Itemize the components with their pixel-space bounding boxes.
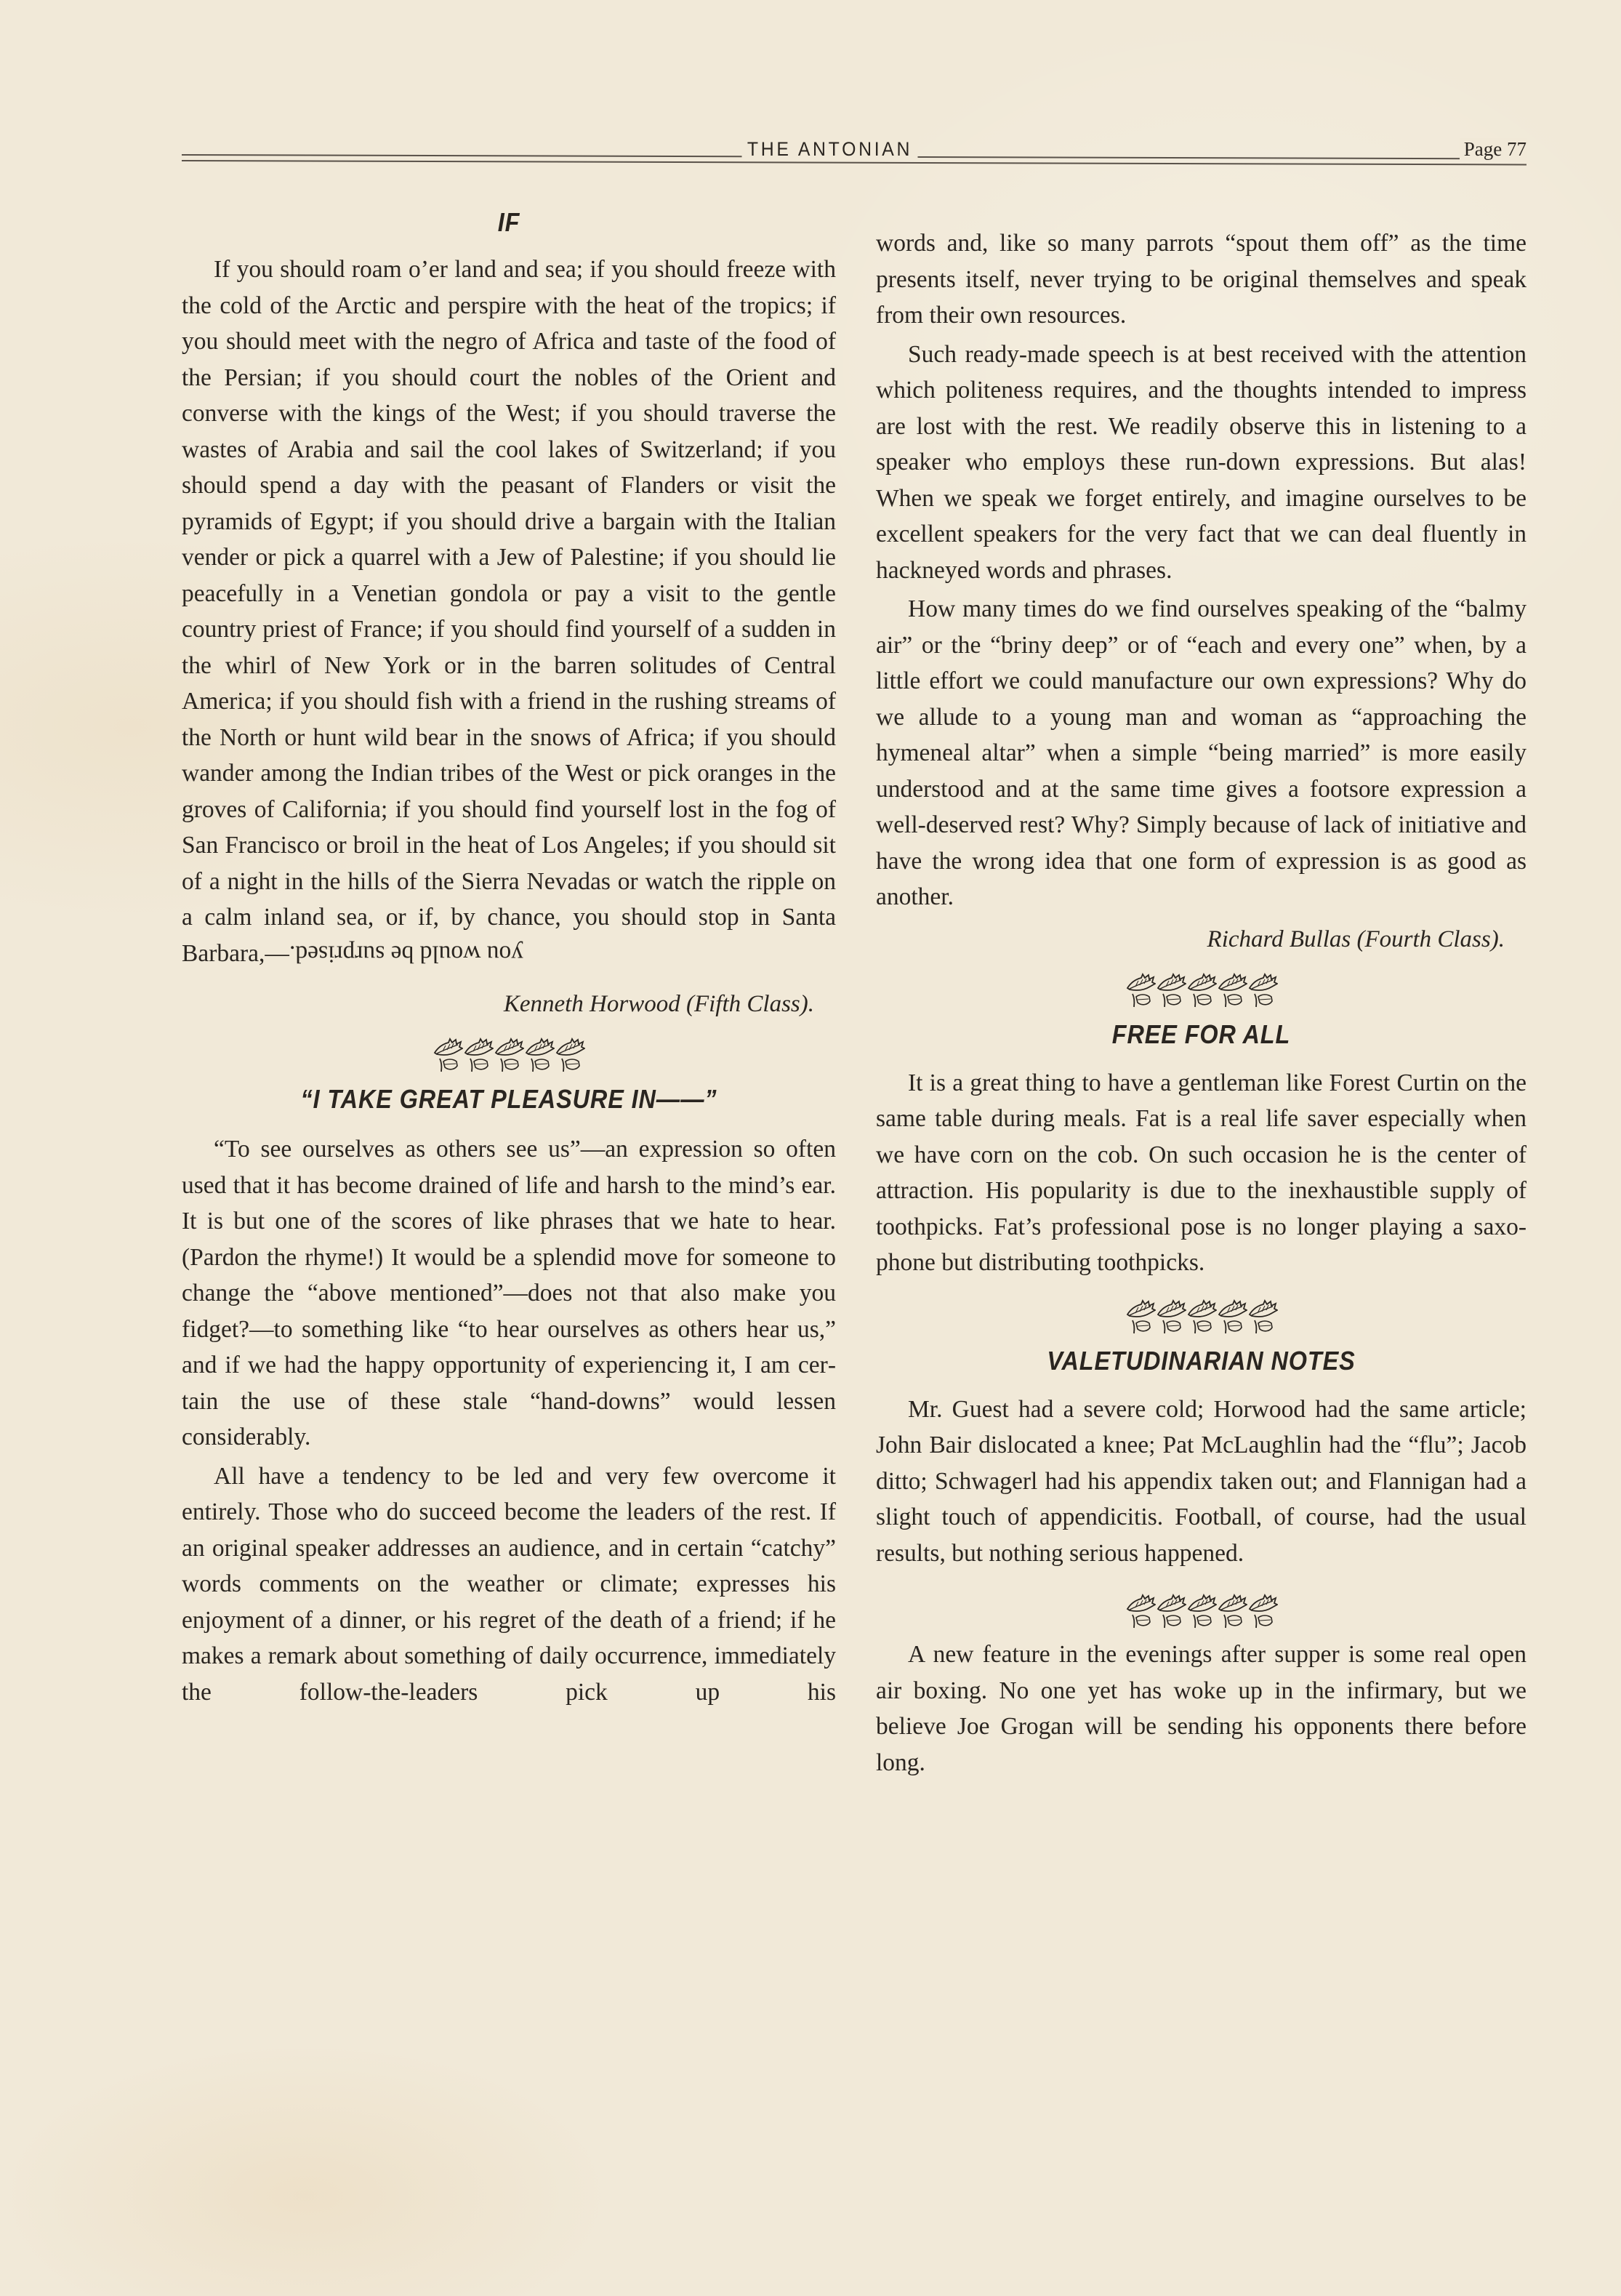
article-boxing-body: A new feature in the evenings after supp… (876, 1637, 1527, 1781)
ornament-divider (876, 969, 1527, 1011)
holly-leaf-icon (1156, 1296, 1186, 1338)
article-title-valetudinarian: VALETUDINARIAN NOTES (909, 1342, 1495, 1380)
article-pleasure-para-5: How many times do we find ourselves spea… (876, 591, 1527, 915)
holly-leaf-icon (463, 1034, 494, 1076)
holly-leaf-icon (1186, 1296, 1217, 1338)
holly-leaf-icon (1125, 1590, 1156, 1632)
ornament-divider (876, 1296, 1527, 1338)
byline-bullas: Richard Bullas (Fourth Class). (876, 921, 1505, 958)
holly-leaf-icon (1186, 1590, 1217, 1632)
holly-leaf-icon (1247, 1296, 1278, 1338)
holly-leaf-icon (1156, 1590, 1186, 1632)
article-title-pleasure: “I TAKE GREAT PLEASURE IN——” (214, 1080, 803, 1118)
holly-leaf-icon (1156, 969, 1186, 1011)
holly-leaf-icon (1247, 969, 1278, 1011)
article-free-for-all-body: It is a great thing to have a gentleman … (876, 1065, 1527, 1281)
holly-leaf-icon (1217, 1296, 1247, 1338)
article-valetudinarian-body: Mr. Guest had a severe cold; Horwood had… (876, 1392, 1527, 1572)
holly-leaf-icon (524, 1034, 555, 1076)
inverted-text: you would be surprised. (289, 936, 555, 972)
publication-title: THE ANTONIAN (742, 138, 918, 160)
article-title-if: IF (214, 204, 803, 241)
byline-horwood: Kenneth Horwood (Fifth Class). (182, 986, 814, 1022)
holly-leaf-icon (1217, 1590, 1247, 1632)
ornament-divider (876, 1590, 1527, 1632)
holly-leaf-icon (1125, 969, 1156, 1011)
right-column: words and, like so many parrots “spout t… (876, 225, 1527, 1781)
holly-leaf-icon (1125, 1296, 1156, 1338)
article-pleasure-para-4: Such ready-made speech is at best receiv… (876, 337, 1527, 589)
article-title-free-for-all: FREE FOR ALL (909, 1016, 1495, 1053)
article-pleasure-para-2: All have a tendency to be led and very f… (182, 1458, 836, 1711)
article-pleasure-para-3: words and, like so many parrots “spout t… (876, 225, 1527, 334)
running-header: THE ANTONIAN Page 77 (182, 138, 1527, 174)
holly-leaf-icon (1217, 969, 1247, 1011)
holly-leaf-icon (1247, 1590, 1278, 1632)
holly-leaf-icon (1186, 969, 1217, 1011)
holly-leaf-icon (555, 1034, 585, 1076)
page-number: Page 77 (1460, 138, 1527, 160)
holly-leaf-icon (494, 1034, 524, 1076)
left-column: IF If you should roam o’er land and sea;… (182, 204, 836, 1710)
ornament-divider (182, 1034, 836, 1076)
document-page: THE ANTONIAN Page 77 IF If you should ro… (0, 0, 1621, 2296)
holly-leaf-icon (433, 1034, 463, 1076)
article-if-body: If you should roam o’er land and sea; if… (182, 252, 836, 971)
article-pleasure-para-1: “To see ourselves as others see us”—an e… (182, 1131, 836, 1456)
